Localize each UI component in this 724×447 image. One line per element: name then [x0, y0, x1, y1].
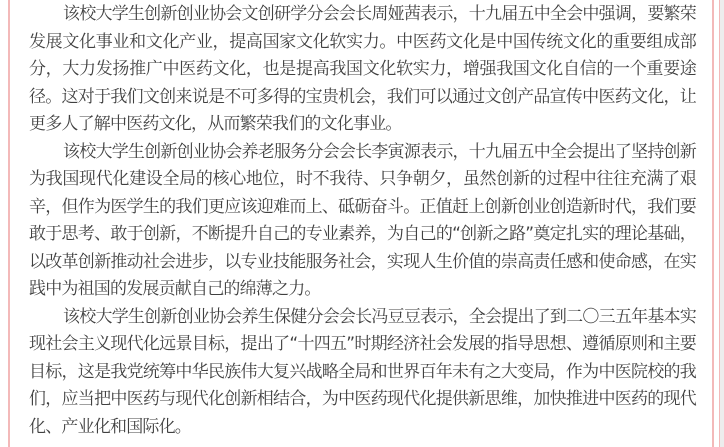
page-right-gutter [719, 0, 724, 447]
article-paragraph-1: 该校大学生创新创业协会文创研学分会会长周娅茜表示，十九届五中全会中强调，要繁荣发… [29, 1, 696, 139]
page-background: 该校大学生创新创业协会文创研学分会会长周娅茜表示，十九届五中全会中强调，要繁荣发… [0, 0, 724, 447]
article-paragraph-3: 该校大学生创新创业协会养生保健分会会长冯豆豆表示，全会提出了到二〇三五年基本实现… [29, 304, 696, 442]
article-content-frame: 该校大学生创新创业协会文创研学分会会长周娅茜表示，十九届五中全会中强调，要繁荣发… [8, 0, 714, 447]
article-paragraph-2: 该校大学生创新创业协会养老服务分会会长李寅源表示，十九届五中全会提出了坚持创新为… [29, 139, 696, 304]
article-body: 该校大学生创新创业协会文创研学分会会长周娅茜表示，十九届五中全会中强调，要繁荣发… [10, 0, 712, 441]
